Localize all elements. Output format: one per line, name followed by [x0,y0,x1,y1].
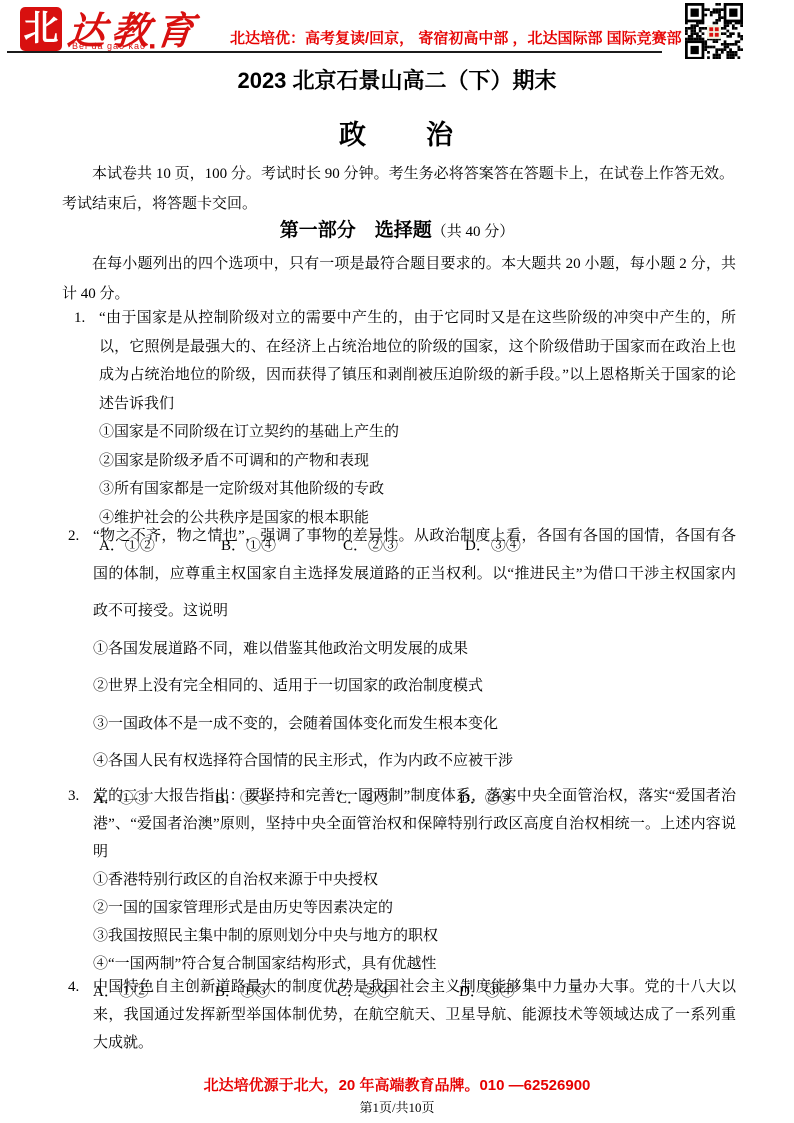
section-part-label: 第一部分 选择题 [280,220,432,241]
question-4: 4. 中国特色自主创新道路最大的制度优势是我国社会主义制度能够集中力量办大事。党… [68,973,736,1057]
question-item-3: ③一国政体不是一成不变的，会随着国体变化而发生根本变化 [93,706,736,744]
logo-subtext: Bei da gao kao ■ [72,41,156,51]
question-2: 2. “物之不齐，物之情也”，强调了事物的差异性。从政治制度上看，各国有各国的国… [68,518,736,818]
question-item-2: ②国家是阶级矛盾不可调和的产物和表现 [99,447,736,476]
exam-intro-paragraph: 本试卷共 10 页，100 分。考试时长 90 分钟。考生务必将答案答在答题卡上… [62,160,734,219]
header-slogan: 北达培优：高考复读/回京， 寄宿初高中部 ，北达国际部 国际竞赛部 [230,27,670,48]
question-item-3: ③我国按照民主集中制的原则划分中央与地方的职权 [93,922,736,950]
header-divider [7,51,662,53]
footer-slogan: 北达培优源于北大，20 年高端教育品牌。010 —62526900 [0,1074,794,1095]
question-item-4: ④各国人民有权选择符合国情的民主形式，作为内政不应被干涉 [93,743,736,781]
question-number: 2. [68,518,93,818]
question-number: 4. [68,973,93,1057]
question-item-1: ①香港特别行政区的自治权来源于中央授权 [93,866,736,894]
subject-title: 政 治 [0,113,794,152]
question-item-3: ③所有国家都是一定阶级对其他阶级的专政 [99,475,736,504]
question-stem: “物之不齐，物之情也”，强调了事物的差异性。从政治制度上看，各国有各国的国情，各… [93,518,736,631]
question-item-2: ②一国的国家管理形式是由历史等因素决定的 [93,894,736,922]
exam-page: 北 达教育 Bei da gao kao ■ 北达培优：高考复读/回京， 寄宿初… [0,0,794,1123]
question-stem: 党的二十大报告指出：要坚持和完善“一国两制”制度体系，落实中央全面管治权，落实“… [93,782,736,866]
question-stem: 中国特色自主创新道路最大的制度优势是我国社会主义制度能够集中力量办大事。党的十八… [93,973,736,1057]
qr-code-icon [685,3,743,59]
section-score-note: （共 40 分） [432,224,515,240]
logo-square-icon: 北 [20,7,62,51]
question-body: 中国特色自主创新道路最大的制度优势是我国社会主义制度能够集中力量办大事。党的十八… [93,973,736,1057]
section-heading: 第一部分 选择题（共 40 分） [0,215,794,242]
question-item-1: ①国家是不同阶级在订立契约的基础上产生的 [99,418,736,447]
question-item-2: ②世界上没有完全相同的、适用于一切国家的政治制度模式 [93,668,736,706]
question-item-1: ①各国发展道路不同，难以借鉴其他政治文明发展的成果 [93,631,736,669]
page-title: 2023 北京石景山高二（下）期末 [0,64,794,95]
section-instruction: 在每小题列出的四个选项中，只有一项是最符合题目要求的。本大题共 20 小题，每小… [62,250,736,309]
question-stem: “由于国家是从控制阶级对立的需要中产生的，由于它同时又是在这些阶级的冲突中产生的… [99,304,736,418]
question-body: “物之不齐，物之情也”，强调了事物的差异性。从政治制度上看，各国有各国的国情，各… [93,518,736,818]
page-number: 第1页/共10页 [0,1097,794,1116]
